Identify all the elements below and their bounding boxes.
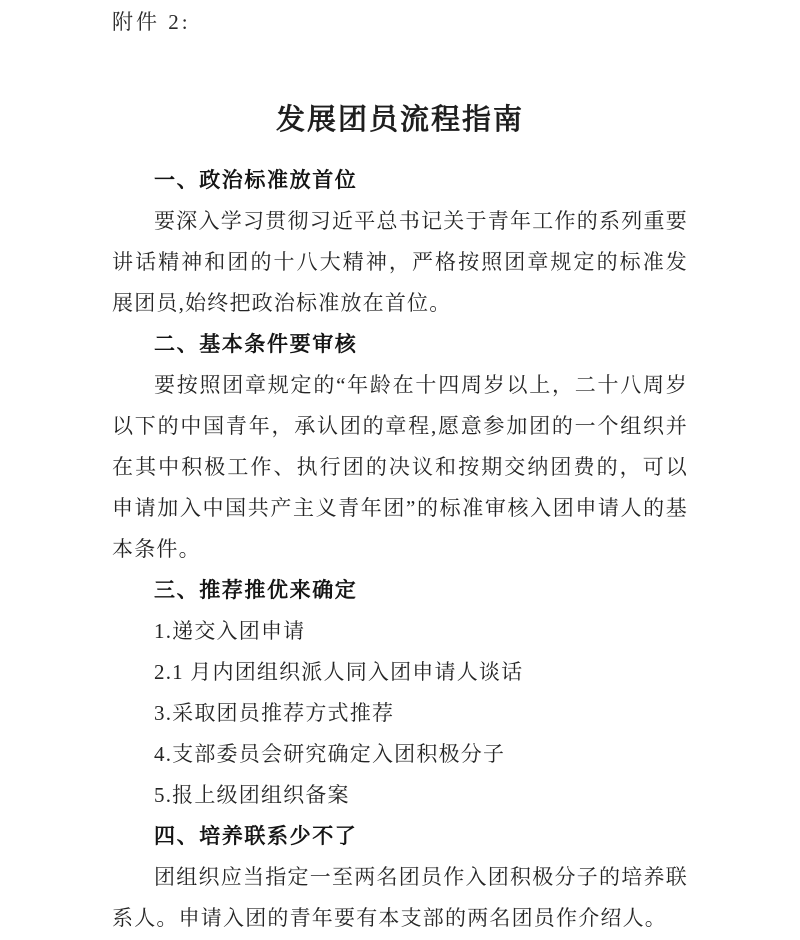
paragraph: 要深入学习贯彻习近平总书记关于青年工作的系列重要讲话精神和团的十八大精神，严格按… [112, 201, 688, 324]
document-body: 一、政治标准放首位 要深入学习贯彻习近平总书记关于青年工作的系列重要讲话精神和团… [112, 160, 688, 939]
section-heading-4: 四、培养联系少不了 [112, 816, 688, 857]
page-title: 发展团员流程指南 [0, 97, 800, 138]
list-item: 4.支部委员会研究确定入团积极分子 [112, 734, 688, 775]
section-heading-3: 三、推荐推优来确定 [112, 570, 688, 611]
paragraph: 团组织应当指定一至两名团员作入团积极分子的培养联系人。申请入团的青年要有本支部的… [112, 857, 688, 939]
list-item: 1.递交入团申请 [112, 611, 688, 652]
attachment-label: 附件 2: [112, 6, 191, 36]
list-item: 2.1 月内团组织派人同入团申请人谈话 [112, 652, 688, 693]
list-item: 3.采取团员推荐方式推荐 [112, 693, 688, 734]
paragraph: 要按照团章规定的“年龄在十四周岁以上，二十八周岁以下的中国青年，承认团的章程,愿… [112, 365, 688, 570]
list-item: 5.报上级团组织备案 [112, 775, 688, 816]
section-heading-1: 一、政治标准放首位 [112, 160, 688, 201]
document-page: 附件 2: 发展团员流程指南 一、政治标准放首位 要深入学习贯彻习近平总书记关于… [0, 0, 800, 940]
section-heading-2: 二、基本条件要审核 [112, 324, 688, 365]
